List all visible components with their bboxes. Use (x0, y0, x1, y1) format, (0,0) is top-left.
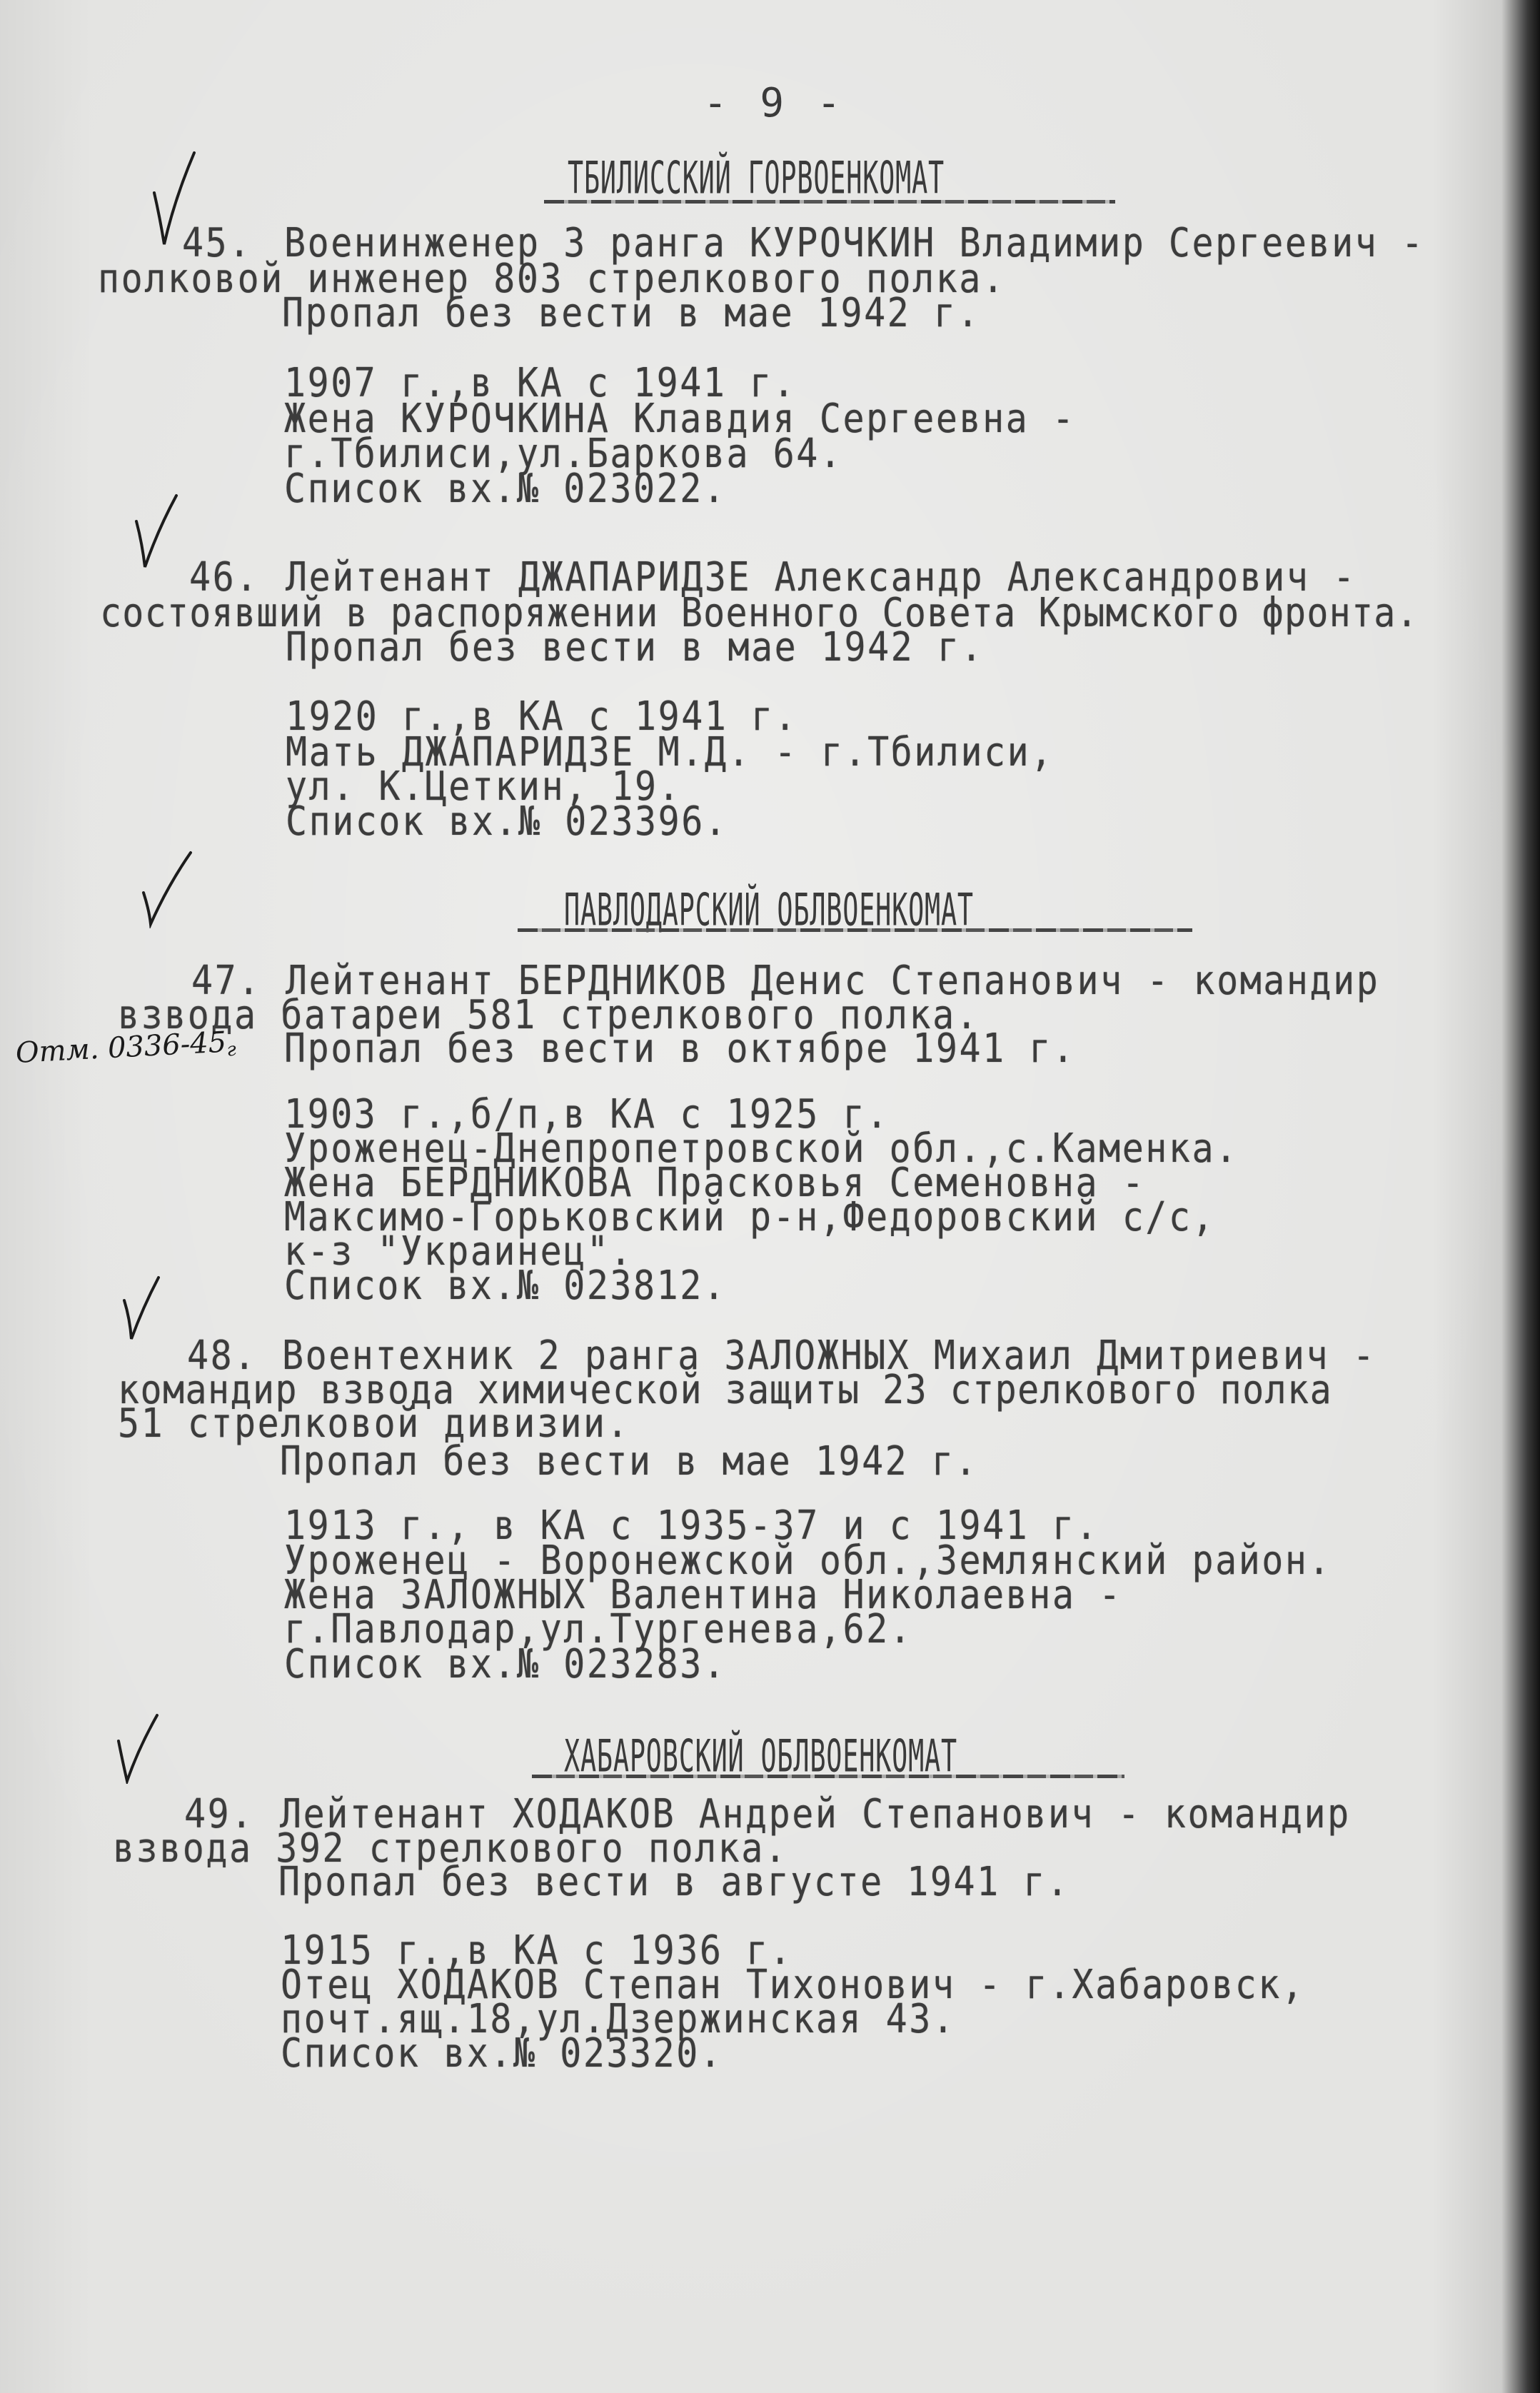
detail-line: Список вх.№ 023812. (284, 1265, 726, 1305)
entry-line: Пропал без вести в мае 1942 г. (286, 627, 984, 667)
detail-line: Список вх.№ 023283. (284, 1644, 726, 1684)
entry-line: Пропал без вести в мае 1942 г. (280, 1441, 978, 1481)
heading-underline (532, 1775, 1124, 1778)
checkmark-icon (132, 493, 182, 571)
page-number: - 9 - (703, 80, 845, 126)
section-heading: ПАВЛОДАРСКИЙ ОБЛВОЕНКОМАТ (564, 886, 974, 934)
archival-document-page: - 9 - ТБИЛИССКИЙ ГОРВОЕНКОМАТ 45. Военин… (0, 0, 1540, 2393)
detail-line: Список вх.№ 023320. (281, 2033, 723, 2073)
entry-line: Пропал без вести в октябре 1941 г. (284, 1028, 1076, 1068)
entry-line: Пропал без вести в августе 1941 г. (278, 1862, 1070, 1902)
handwritten-margin-note: Отм. 0336-45г (15, 1025, 237, 1072)
detail-line: Список вх.№ 023022. (284, 468, 726, 508)
heading-underline (544, 200, 1115, 204)
heading-underline (518, 928, 1192, 932)
margin-note-suffix: г (226, 1039, 237, 1061)
checkmark-icon (120, 1275, 163, 1343)
checkmark-icon (139, 850, 196, 928)
checkmark-icon (114, 1712, 164, 1784)
section-heading: ХАБАРОВСКИЙ ОБЛВОЕНКОМАТ (564, 1732, 957, 1780)
entry-line: Пропал без вести в мае 1942 г. (282, 293, 980, 333)
margin-note-text: Отм. 0336-45 (15, 1026, 228, 1070)
section-heading: ТБИЛИССКИЙ ГОРВОЕНКОМАТ (568, 154, 945, 202)
detail-line: Список вх.№ 023396. (286, 801, 728, 841)
